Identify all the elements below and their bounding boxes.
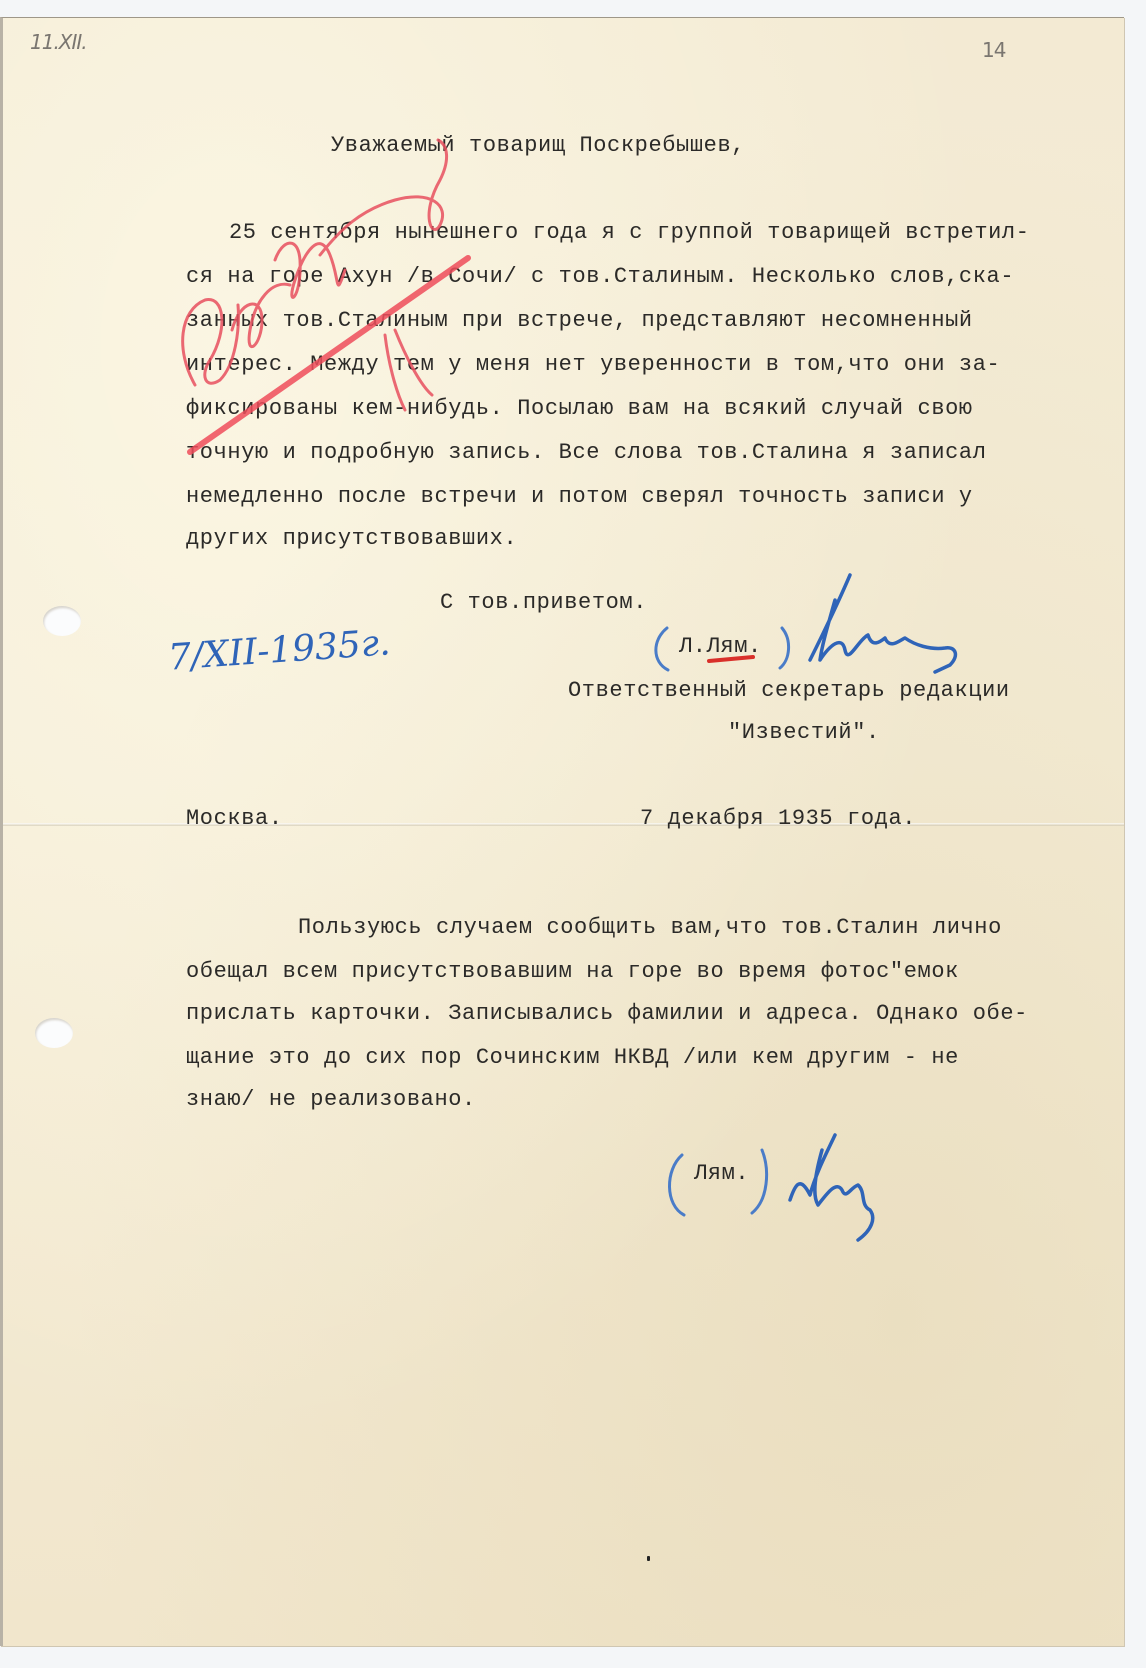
ink-speck [647, 1556, 650, 1561]
blue-parenthesis-right [780, 628, 789, 668]
blue-parenthesis-right-ps [752, 1150, 767, 1213]
blue-signature-postscript [790, 1135, 873, 1240]
handwriting-overlay [0, 0, 1146, 1668]
red-underline [709, 657, 753, 661]
blue-parenthesis-left-ps [669, 1155, 684, 1215]
blue-parenthesis-left [656, 628, 668, 670]
blue-signature-main [810, 575, 955, 672]
red-archive-annotation [183, 140, 447, 410]
